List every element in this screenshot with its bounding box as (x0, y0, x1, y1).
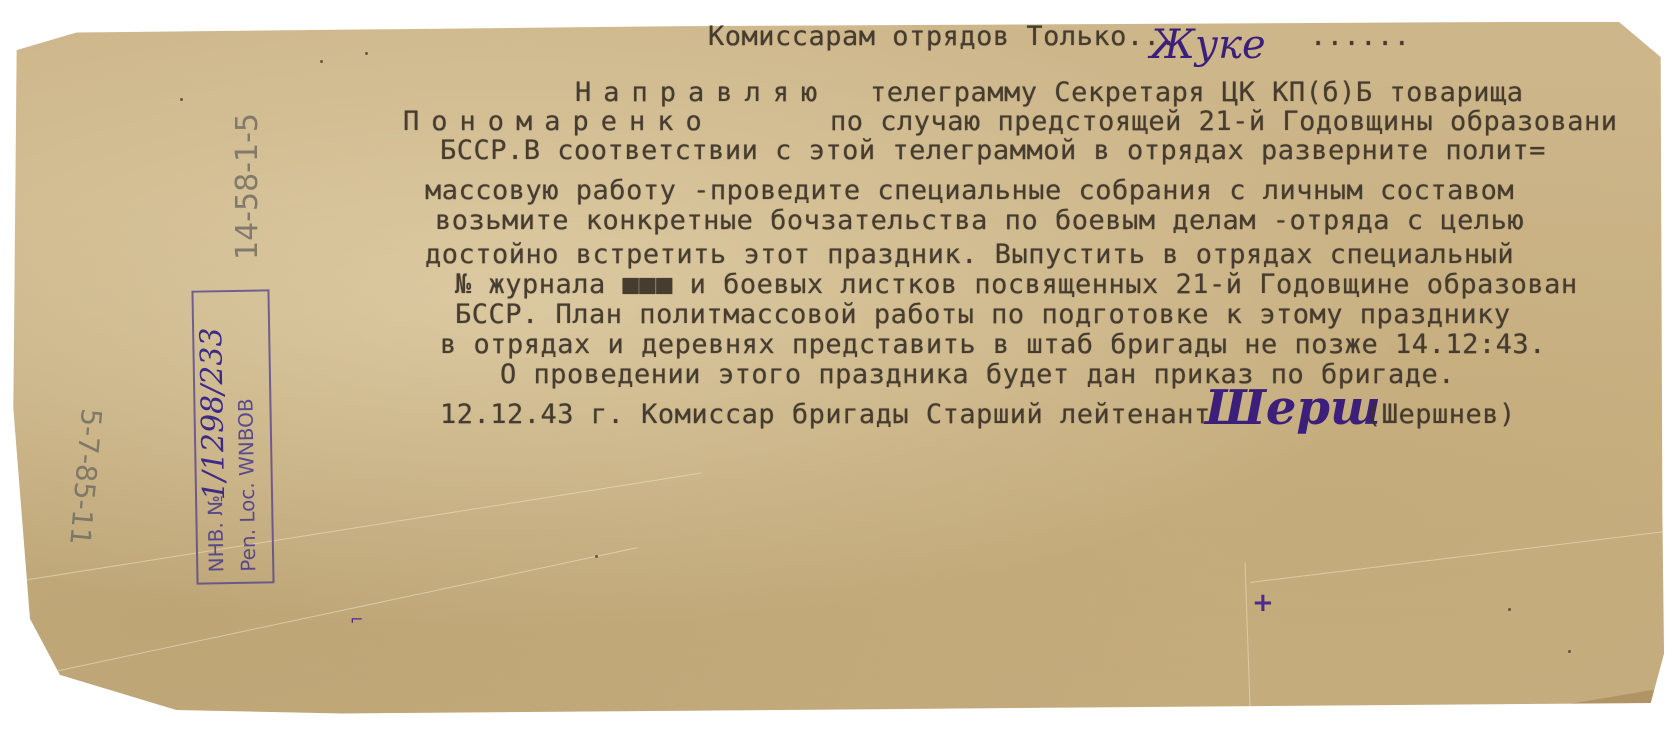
paper-speck (595, 555, 598, 558)
paper-speck (1568, 650, 1571, 653)
stamp-handwritten-number: 1/1298/233 (194, 327, 232, 501)
folded-corner (10, 22, 60, 52)
paper-speck (180, 98, 183, 101)
handwritten-signature: Шерш (1205, 380, 1381, 436)
signature-line: 12.12.43 г. Комиссар бригады Старший лей… (440, 400, 1211, 430)
body-line-6: достойно встретить этот праздник. Выпуст… (425, 240, 1514, 270)
paper-crease (1245, 562, 1251, 712)
body-line-5: возьмите конкретные бочзательства по бое… (435, 206, 1524, 236)
body-line-2-rest: по случаю предстоящей 21-й Годовщины обр… (830, 107, 1618, 137)
folded-corner (1450, 687, 1670, 724)
stamp-line-1: NHB. № (203, 495, 228, 573)
pencil-note-right: 14-58-1-5 (230, 113, 265, 260)
signature-date: 12.12.43 г. (440, 399, 624, 430)
paper-speck (365, 52, 368, 55)
cross-mark: + (1252, 588, 1274, 618)
body-line-3: БССР.В соответствии с этой телеграммой в… (440, 136, 1546, 166)
body-line-7: № журнала ■■■ и боевых листков посвященн… (455, 270, 1578, 300)
signature-name: (Шершнев) (1365, 400, 1516, 430)
body-line-8: БССР. План политмассовой работы по подго… (455, 300, 1511, 330)
body-line-1: Направляю (575, 78, 829, 108)
spaced-word: Пономаренко (403, 106, 714, 137)
paper-speck (1508, 608, 1511, 611)
header-line: Комиссарам отрядов Только... (708, 22, 1177, 52)
stamp-line-2: Pen. Loc. WNBOB (233, 398, 260, 572)
tick-mark: ⌐ (350, 610, 363, 629)
header-trailing-dots: ...... (1310, 22, 1411, 52)
signature-title: Комиссар бригады Старший лейтенант (641, 399, 1211, 430)
paper-crease (1250, 531, 1667, 583)
spaced-word: Направляю (575, 77, 829, 108)
body-line-1-rest: телеграмму Секретаря ЦК КП(б)Б товарища (870, 78, 1523, 108)
paper-crease (50, 547, 637, 673)
body-line-2: Пономаренко (403, 107, 714, 137)
body-line-9: в отрядах и деревнях представить в штаб … (440, 330, 1546, 360)
paper-crease (10, 473, 702, 583)
handwritten-addressee: Жуке (1150, 22, 1266, 68)
archive-stamp: NHB. № Pen. Loc. WNBOB 1/1298/233 (191, 289, 274, 584)
paper-speck (320, 60, 323, 63)
body-line-4: массовую работу -проведите специальные с… (425, 176, 1514, 206)
header-typed: Комиссарам отрядов Только (708, 21, 1127, 52)
